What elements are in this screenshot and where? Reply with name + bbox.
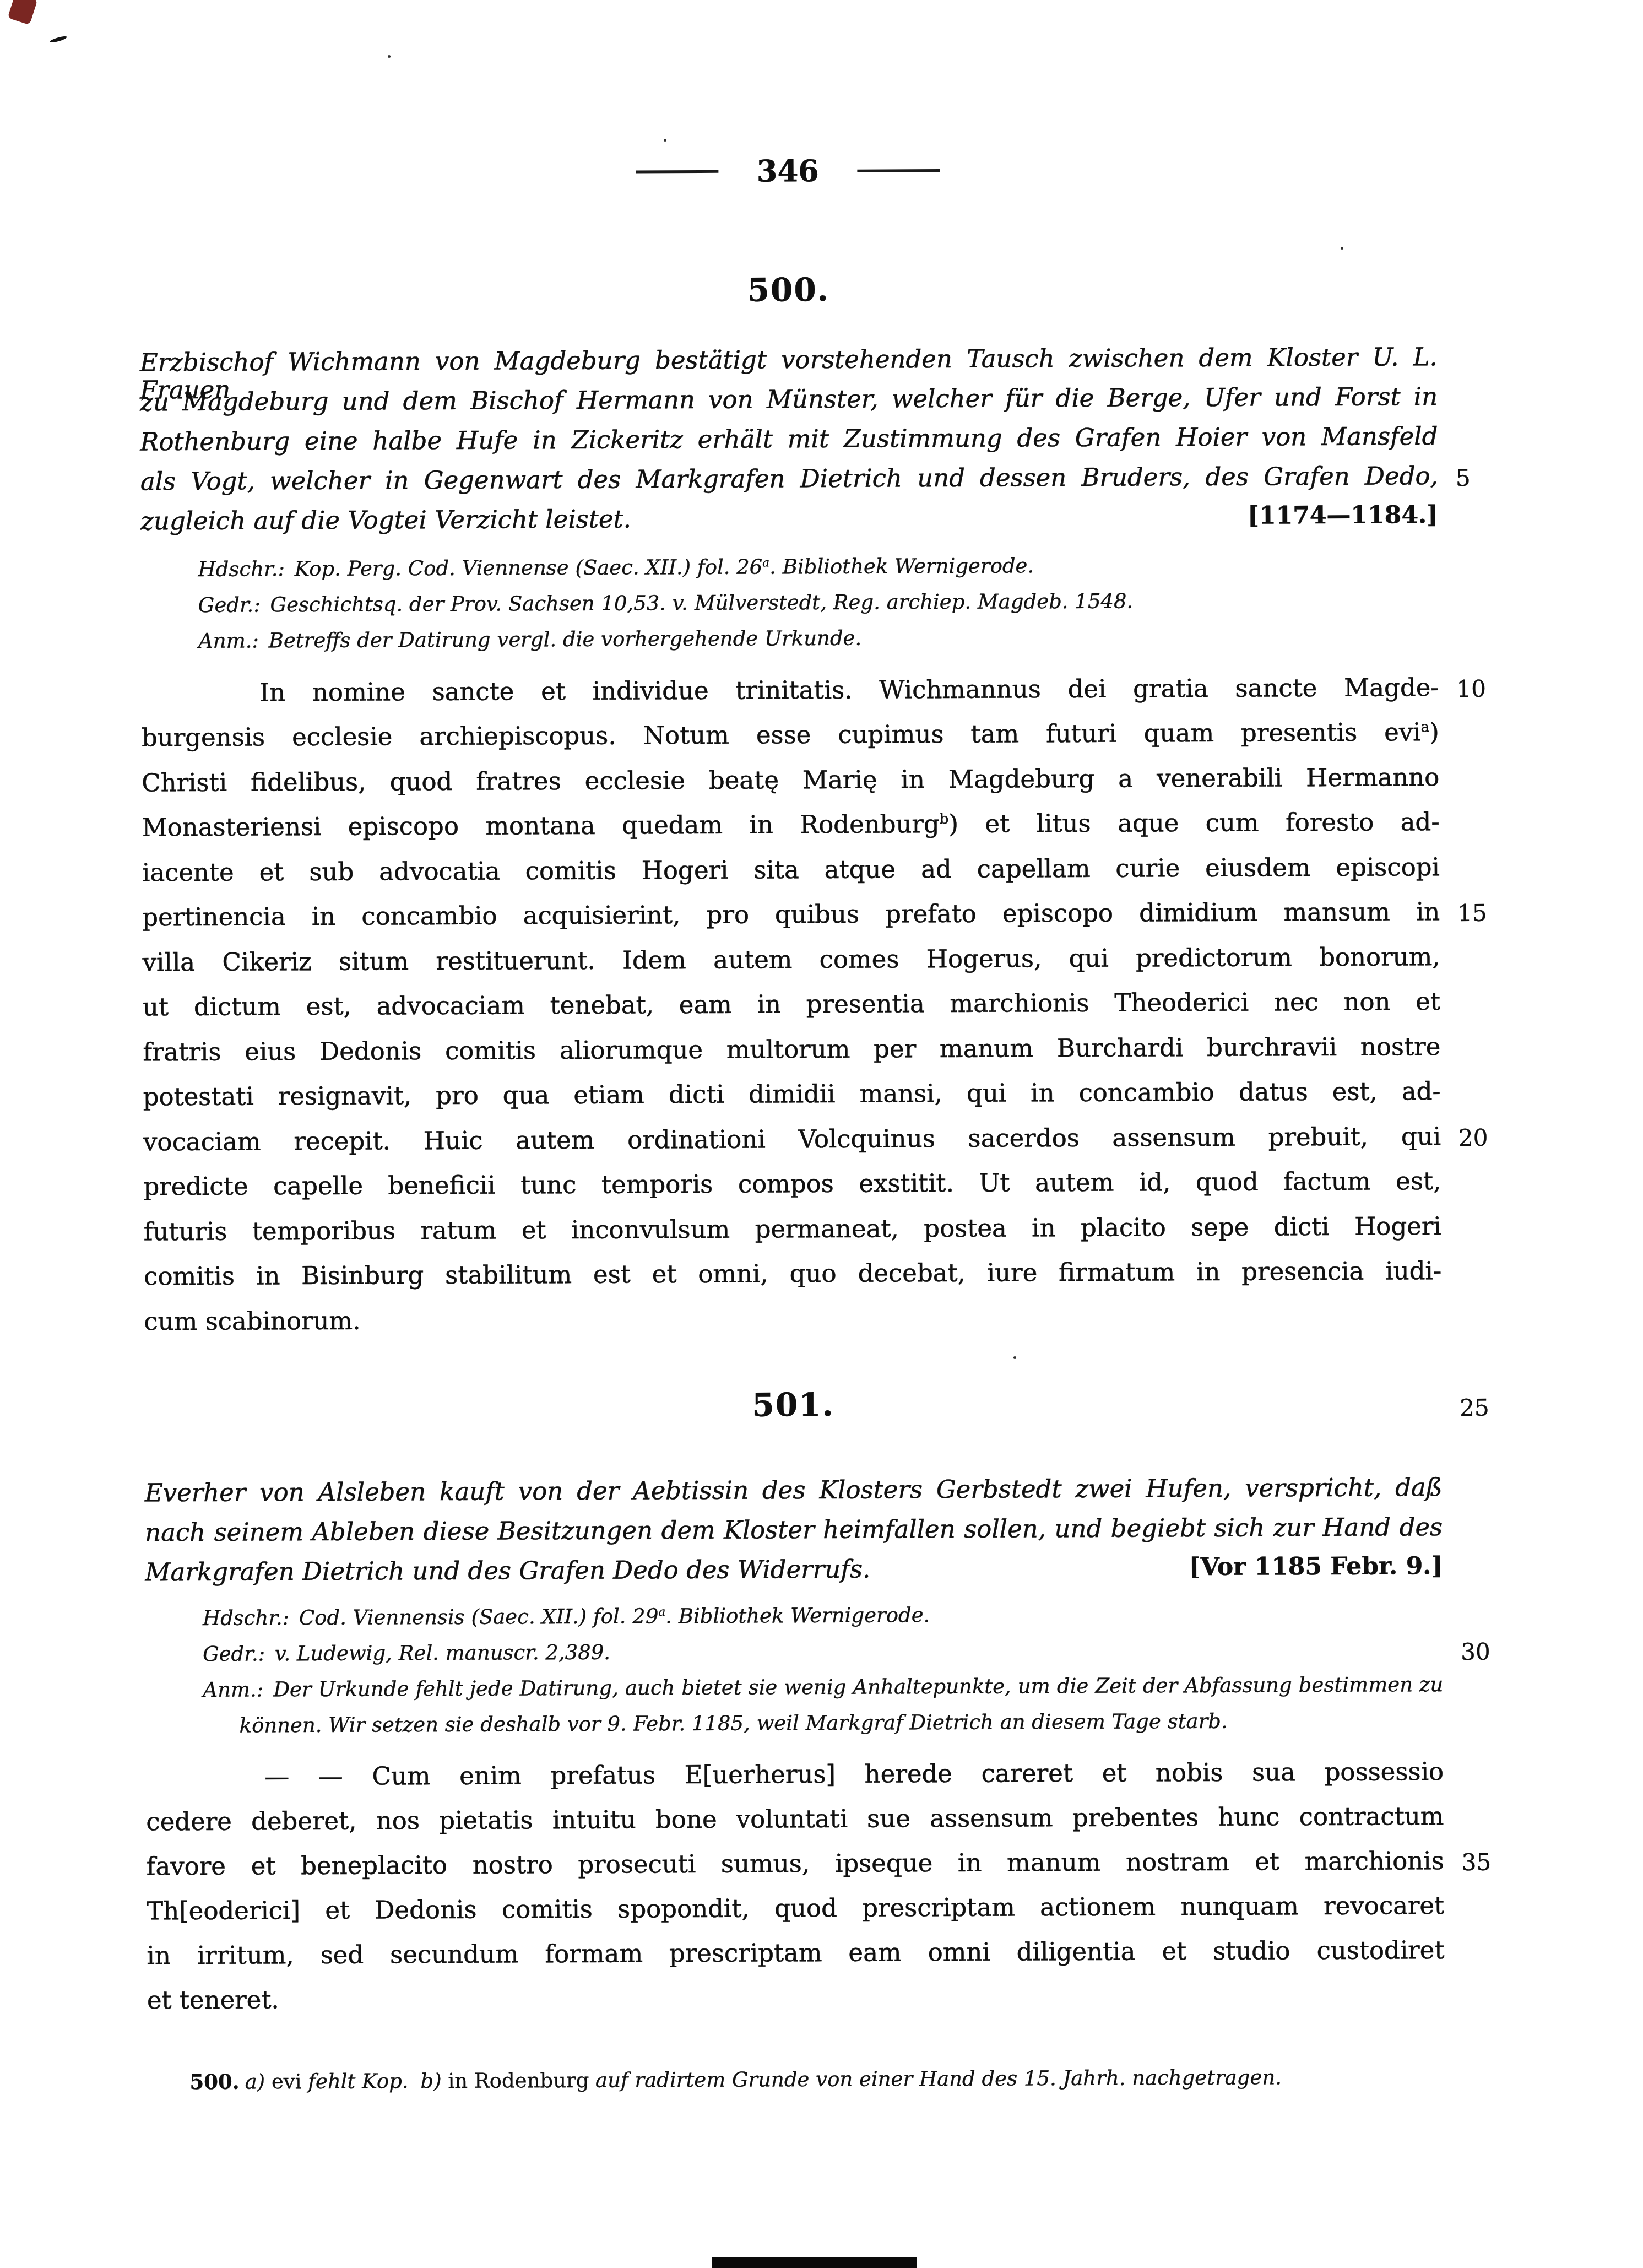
- entry-500-summary-line: zu Magdeburg und dem Bischof Hermann von…: [140, 383, 1438, 416]
- body-text: Monasteriensi episcopo montana quedam in…: [142, 809, 939, 842]
- entry-500-body-line: comitis in Bisinburg stabilitum est et o…: [144, 1257, 1441, 1291]
- entry-500-body-line: predicte capelle beneficii tunc temporis…: [143, 1167, 1441, 1201]
- entry-501-source-hdschr: Hdschr.: Cod. Viennensis (Saec. XII.) fo…: [203, 1601, 1443, 1630]
- entry-500-body-line: In nomine sancte et individue trinitatis…: [141, 674, 1439, 707]
- source-label: Hdschr.:: [203, 1606, 290, 1630]
- entry-500-body-line: pertinencia in concambio acquisierint, p…: [142, 898, 1440, 932]
- entry-500-body-line: villa Cikeriz situm restituerunt. Idem a…: [143, 943, 1440, 977]
- entry-500-body-line: Monasteriensi episcopo montana quedam in…: [142, 808, 1439, 842]
- entry-501-source-anm-continued: können. Wir setzen sie deshalb vor 9. Fe…: [203, 1709, 1480, 1737]
- margin-line-number: 35: [1462, 1849, 1511, 1876]
- entry-501-body-line: cedere deberet, nos pietatis intuitu bon…: [146, 1803, 1444, 1836]
- entry-500-body-line: vocaciam recepit. Huic autem ordinationi…: [143, 1123, 1441, 1156]
- entry-500-body-line: cum scabinorum.: [144, 1302, 1441, 1336]
- page-number: 346: [757, 153, 819, 188]
- entry-500-body-line: potestati resignavit, pro qua etiam dict…: [143, 1078, 1441, 1111]
- entry-501-body-line: in irritum, sed secundum formam prescrip…: [147, 1936, 1444, 1970]
- source-text: Kop. Perg. Cod. Viennense (Saec. XII.) f…: [295, 555, 763, 581]
- source-label: Anm.:: [198, 629, 259, 652]
- source-text: Cod. Viennensis (Saec. XII.) fol. 29: [299, 1604, 659, 1630]
- entry-500-heading: 500.: [139, 268, 1437, 311]
- margin-line-number: 20: [1458, 1124, 1508, 1151]
- entry-500-summary-line: Rothenburg eine halbe Hufe in Zickeritz …: [140, 423, 1438, 456]
- page-header: 346: [139, 150, 1436, 191]
- scan-speck: [388, 55, 391, 58]
- footnote-a-lemma: evi: [272, 2070, 302, 2093]
- scan-speck: [1013, 1356, 1016, 1359]
- entry-500-source-anm: Anm.: Betreffs der Datirung vergl. die v…: [198, 624, 1439, 652]
- entry-501-date: [Vor 1185 Febr. 9.]: [1189, 1552, 1443, 1581]
- entry-500-summary-line: als Vogt, welcher in Gegenwart des Markg…: [140, 462, 1438, 496]
- source-label: Anm.:: [203, 1677, 263, 1701]
- entry-501-body-line: et teneret.: [147, 1981, 1445, 2015]
- header-rule-left: [636, 170, 718, 173]
- entry-501-heading: 501.: [144, 1383, 1442, 1426]
- entry-501-body-line: Th[eoderici] et Dedonis comitis spopondi…: [147, 1892, 1444, 1925]
- entry-501-source-anm: Anm.: Der Urkunde fehlt jede Datirung, a…: [203, 1673, 1443, 1701]
- body-text: burgensis ecclesie archiepiscopus. Notum…: [142, 717, 1421, 752]
- footnote-b-lemma: in Rodenburg: [448, 2069, 589, 2093]
- source-text: . Bibliothek Wernigerode.: [769, 554, 1034, 578]
- entry-500-source-hdschr: Hdschr.: Kop. Perg. Cod. Viennense (Saec…: [198, 553, 1438, 581]
- entry-500-body-line: Christi fidelibus, quod fratres ecclesie…: [142, 764, 1439, 797]
- footnote-b-note: auf radirtem Grunde von einer Hand des 1…: [595, 2065, 1282, 2092]
- source-text: v. Ludewig, Rel. manuscr. 2,389.: [275, 1641, 610, 1666]
- scan-speck: [1341, 247, 1343, 250]
- margin-line-number: 10: [1456, 675, 1506, 702]
- entry-501-summary-line: nach seinem Ableben diese Besitzungen de…: [145, 1513, 1443, 1547]
- scan-speck: [664, 139, 666, 142]
- note-superscript: a: [1421, 719, 1430, 735]
- margin-line-number: 5: [1456, 464, 1505, 491]
- entry-500-body-line: ut dictum est, advocaciam tenebat, eam i…: [143, 988, 1440, 1021]
- entry-500-body-line: futuris temporibus ratum et inconvulsum …: [144, 1213, 1441, 1246]
- body-text: ) et litus aque cum foresto ad-: [948, 807, 1439, 838]
- entry-501-source-gedr: Gedr.: v. Ludewig, Rel. manuscr. 2,389.: [203, 1637, 1443, 1665]
- scan-artifact-bottom-bar: [712, 2257, 917, 2268]
- footnote-a-label: a): [245, 2070, 265, 2093]
- entry-500-summary-line: zugleich auf die Vogtei Verzicht leistet…: [140, 502, 1438, 535]
- entry-501-summary-line: Everher von Alsleben kauft von der Aebti…: [145, 1474, 1443, 1507]
- source-label: Gedr.:: [198, 593, 261, 616]
- folio-superscript: a: [762, 556, 769, 570]
- source-text: Geschichtsq. der Prov. Sachsen 10,53. v.…: [270, 589, 1133, 617]
- entry-500-date: [1174—1184.]: [1248, 501, 1438, 530]
- source-text: Betreffs der Datirung vergl. die vorherg…: [269, 626, 862, 653]
- entry-500-source-gedr: Gedr.: Geschichtsq. der Prov. Sachsen 10…: [198, 588, 1439, 616]
- margin-line-number: 30: [1461, 1638, 1510, 1665]
- margin-line-number: 25: [1460, 1394, 1509, 1421]
- source-text: . Bibliothek Wernigerode.: [665, 1603, 930, 1628]
- folio-superscript: a: [658, 1605, 665, 1619]
- body-text: ): [1429, 717, 1439, 746]
- source-text: Der Urkunde fehlt jede Datirung, auch bi…: [273, 1672, 1443, 1701]
- scanned-book-page: { "colors": {"ink": "#101010", "paper": …: [0, 0, 1643, 2268]
- entry-500-body-line: iacente et sub advocatia comitis Hogeri …: [142, 853, 1440, 887]
- header-rule-right: [858, 169, 940, 172]
- note-superscript: b: [940, 811, 949, 827]
- source-label: Hdschr.:: [198, 557, 285, 581]
- entry-500-body-line: burgensis ecclesie archiepiscopus. Notum…: [142, 718, 1439, 752]
- footnote: 500.a) evi fehlt Kop.b) in Rodenburg auf…: [189, 2064, 1436, 2094]
- entry-500-body-line: fratris eius Dedonis comitis aliorumque …: [143, 1033, 1440, 1067]
- footnote-b-label: b): [420, 2069, 441, 2093]
- footnote-a-note: fehlt Kop.: [308, 2069, 408, 2093]
- footnote-number: 500.: [189, 2070, 239, 2094]
- entry-501-body-line: — — Cum enim prefatus E[uerherus] herede…: [146, 1758, 1444, 1791]
- entry-501-body-line: favore et beneplacito nostro prosecuti s…: [147, 1847, 1444, 1881]
- page-content: 346 500. Erzbischof Wichmann von Magdebu…: [0, 0, 1643, 2268]
- margin-line-number: 15: [1457, 900, 1507, 927]
- source-label: Gedr.:: [203, 1642, 265, 1665]
